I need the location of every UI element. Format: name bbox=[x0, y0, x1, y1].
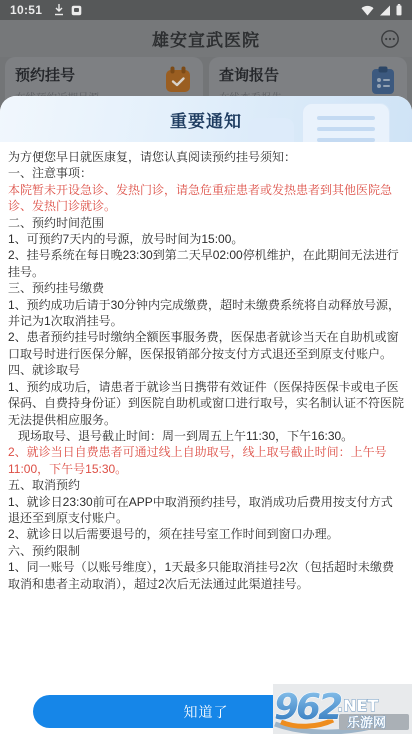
message-icon[interactable] bbox=[380, 29, 400, 49]
page-title: 雄安宣武医院 bbox=[152, 26, 260, 51]
notice-paragraph: 三、预约挂号缴费 bbox=[8, 280, 404, 296]
document-deco-icon bbox=[248, 118, 294, 142]
notice-paragraph: 本院暂未开设急诊、发热门诊，请急危重症患者或发热患者到其他医院急诊、发热门诊就诊… bbox=[8, 182, 404, 215]
notice-paragraph: 四、就诊取号 bbox=[8, 362, 404, 378]
notice-text: 为方便您早日就医康复，请您认真阅读预约挂号须知：一、注意事项：本院暂未开设急诊、… bbox=[0, 142, 412, 592]
screenshot-icon bbox=[71, 5, 82, 16]
clipboard-report-icon bbox=[371, 66, 395, 100]
battery-icon bbox=[396, 4, 402, 16]
notice-paragraph: 五、取消预约 bbox=[8, 477, 404, 493]
site-watermark: 962 .NET 乐游网 bbox=[273, 684, 412, 734]
app-header: 雄安宣武医院 bbox=[0, 20, 412, 57]
notice-paragraph: 1、可预约7天内的号源，放号时间为15:00。 bbox=[8, 231, 404, 247]
notice-paragraph: 六、预约限制 bbox=[8, 543, 404, 559]
notice-paragraph: 为方便您早日就医康复，请您认真阅读预约挂号须知： bbox=[8, 149, 404, 165]
notice-paragraph: 2、就诊当日自费患者可通过线上自助取号，线上取号截止时间：上午号11:00，下午… bbox=[8, 444, 404, 477]
cellular-signal-icon bbox=[379, 5, 391, 16]
phone-screen: 10:51 雄安宣武医院 bbox=[0, 0, 412, 734]
clock-text: 10:51 bbox=[10, 3, 42, 17]
notice-title: 重要通知 bbox=[170, 107, 242, 132]
notice-paragraph: 1、同一账号（以账号维度），1天最多只能取消挂号2次（包括超时未缴费取消和患者主… bbox=[8, 559, 404, 592]
notice-paragraph: 1、预约成功后，请患者于就诊当日携带有效证件（医保持医保卡或电子医保码、自费持身… bbox=[8, 379, 404, 428]
notice-paragraph: 1、就诊日23:30前可在APP中取消预约挂号，取消成功后费用按支付方式退还至到… bbox=[8, 494, 404, 527]
logo-suffix: .NET bbox=[337, 696, 378, 715]
notice-paragraph: 1、预约成功后请于30分钟内完成缴费，超时未缴费系统将自动释放号源，并记为1次取… bbox=[8, 297, 404, 330]
notice-paragraph: 2、挂号系统在每日晚23:30到第二天早02:00停机维护，在此期间无法进行挂号… bbox=[8, 247, 404, 280]
notice-modal: 重要通知 为方便您早日就医康复，请您认真阅读预约挂号须知：一、注意事项：本院暂未… bbox=[0, 96, 412, 734]
download-icon bbox=[54, 4, 64, 16]
logo-site-name: 乐游网 bbox=[347, 715, 386, 731]
status-bar: 10:51 bbox=[0, 0, 412, 20]
notice-paragraph: 二、预约时间范围 bbox=[8, 215, 404, 231]
notification-icons bbox=[54, 4, 82, 16]
system-status-icons bbox=[361, 4, 402, 16]
notice-paragraph: 一、注意事项： bbox=[8, 165, 404, 181]
notice-paragraph: 2、就诊日以后需要退号的，须在挂号室工作时间到窗口办理。 bbox=[8, 526, 404, 542]
notice-paragraph: 现场取号、退号截止时间：周一到周五上午11:30，下午16:30。 bbox=[8, 428, 404, 444]
notice-modal-header: 重要通知 bbox=[0, 96, 412, 142]
962net-logo: 962 .NET 乐游网 bbox=[273, 684, 412, 734]
logo-number: 962 bbox=[274, 687, 342, 728]
calendar-check-icon bbox=[165, 66, 191, 99]
wifi-icon bbox=[361, 5, 374, 16]
document-lines-deco-icon bbox=[302, 103, 390, 142]
notice-paragraph: 2、患者预约挂号时缴纳全额医事服务费，医保患者就诊当天在自助机或窗口取号时进行医… bbox=[8, 329, 404, 362]
